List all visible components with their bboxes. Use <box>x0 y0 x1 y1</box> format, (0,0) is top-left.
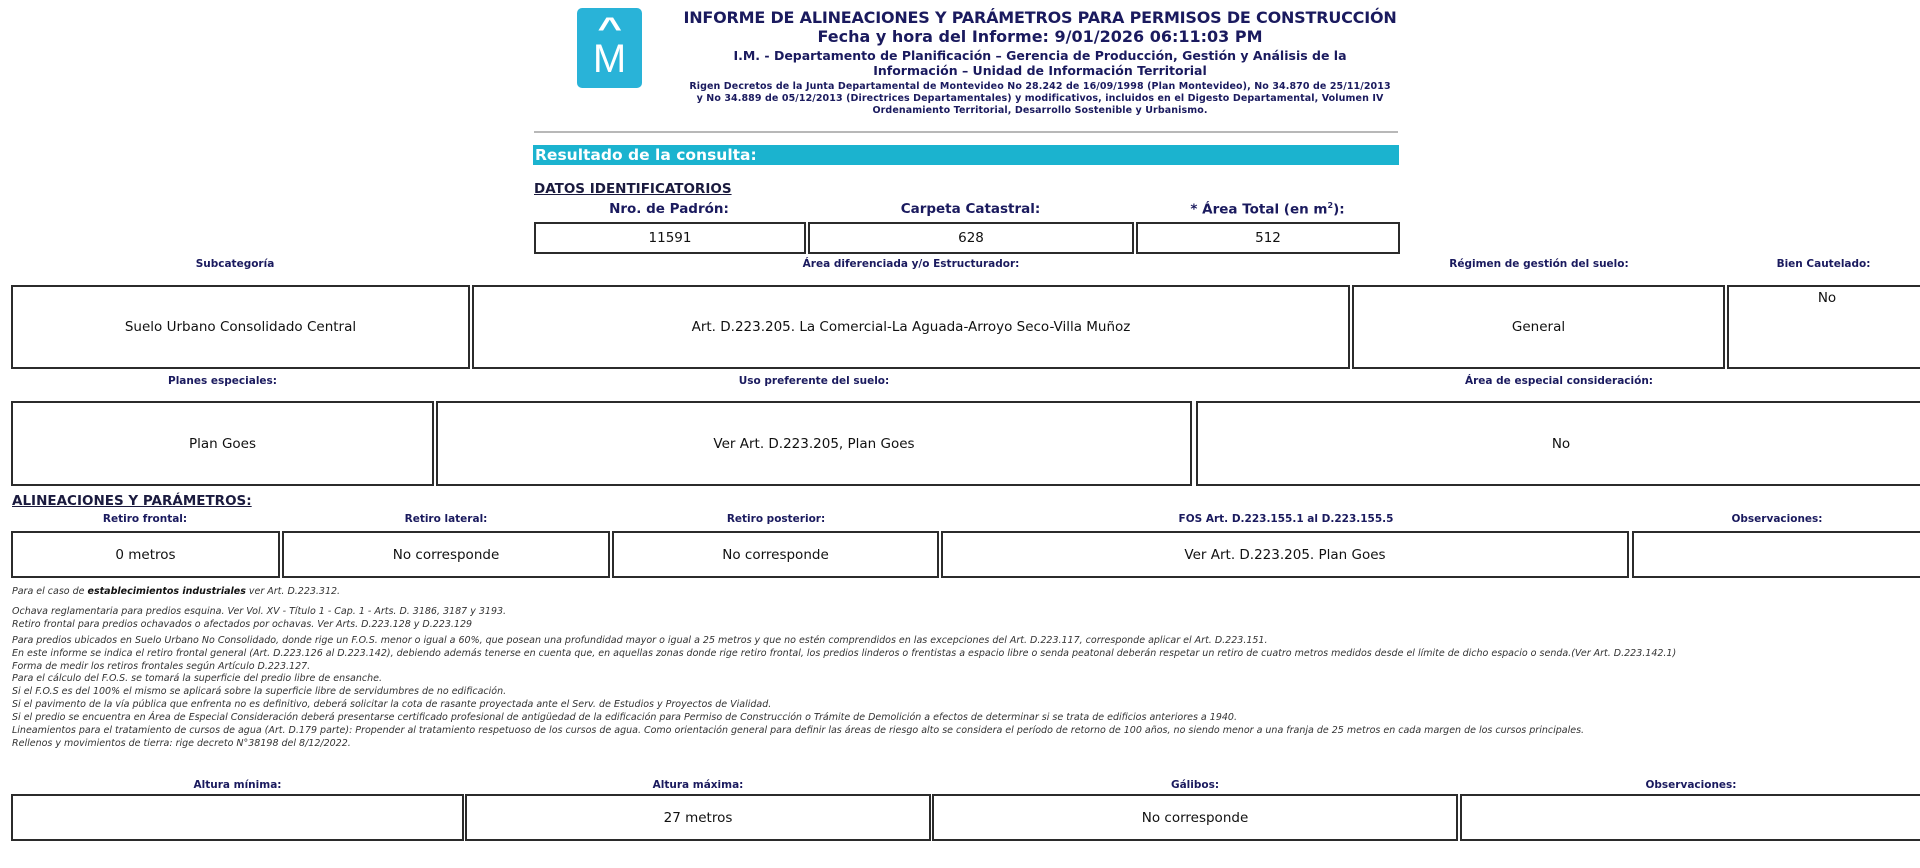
especial-consideracion-label: Área de especial consideración: <box>1194 375 1920 387</box>
observaciones-alturas-label: Observaciones: <box>1460 779 1920 791</box>
note-line: Forma de medir los retiros frontales seg… <box>12 661 1912 674</box>
note-industrial-bold: establecimientos industriales <box>88 586 246 597</box>
subcategoria-label: Subcategoría <box>10 258 460 270</box>
note-line: Lineamientos para el tratamiento de curs… <box>12 725 1912 738</box>
logo-letter: M <box>593 39 626 79</box>
altura-minima-label: Altura mínima: <box>10 779 465 791</box>
retiro-frontal-value: 0 metros <box>11 531 280 578</box>
report-department: I.M. - Departamento de Planificación – G… <box>720 48 1360 78</box>
area-diferenciada-value: Art. D.223.205. La Comercial-La Aguada-A… <box>472 285 1350 369</box>
note-line: Para predios ubicados en Suelo Urbano No… <box>12 635 1912 648</box>
padron-value: 11591 <box>534 222 806 254</box>
bien-cautelado-value: No <box>1727 285 1920 369</box>
padron-label: Nro. de Padrón: <box>534 201 804 217</box>
observaciones-alineaciones-value <box>1632 531 1920 578</box>
logo-caret-icon: ^ <box>597 21 622 37</box>
area-diferenciada-label: Área diferenciada y/o Estructurador: <box>472 258 1350 270</box>
retiro-lateral-value: No corresponde <box>282 531 610 578</box>
area-total-label: * Área Total (en m2): <box>1136 201 1399 218</box>
area-label-suffix: ): <box>1333 202 1345 218</box>
fos-label: FOS Art. D.223.155.1 al D.223.155.5 <box>942 513 1630 525</box>
regimen-value: General <box>1352 285 1725 369</box>
note-industrial-suffix: ver Art. D.223.312. <box>246 586 340 597</box>
retiro-posterior-value: No corresponde <box>612 531 939 578</box>
note-line: Si el pavimento de la vía pública que en… <box>12 699 1912 712</box>
intendencia-logo: ^ M <box>577 8 642 88</box>
area-total-value: 512 <box>1136 222 1400 254</box>
note-line: En este informe se indica el retiro fron… <box>12 648 1912 661</box>
note-line: Ochava reglamentaria para predios esquin… <box>12 606 1912 619</box>
carpeta-label: Carpeta Catastral: <box>807 201 1134 217</box>
note-industrial-prefix: Para el caso de <box>12 586 88 597</box>
result-banner: Resultado de la consulta: <box>533 145 1399 165</box>
report-title: INFORME DE ALINEACIONES Y PARÁMETROS PAR… <box>680 8 1400 27</box>
planes-especiales-label: Planes especiales: <box>10 375 435 387</box>
report-legal-basis: Rigen Decretos de la Junta Departamental… <box>686 81 1394 117</box>
retiro-frontal-label: Retiro frontal: <box>10 513 280 525</box>
regimen-label: Régimen de gestión del suelo: <box>1353 258 1725 270</box>
uso-preferente-label: Uso preferente del suelo: <box>436 375 1192 387</box>
retiro-posterior-label: Retiro posterior: <box>612 513 940 525</box>
identificatorios-title: DATOS IDENTIFICATORIOS <box>534 181 732 197</box>
observaciones-alturas-value <box>1460 794 1920 841</box>
bien-cautelado-label: Bien Cautelado: <box>1727 258 1920 270</box>
observaciones-alineaciones-label: Observaciones: <box>1632 513 1920 525</box>
note-line: Si el predio se encuentra en Área de Esp… <box>12 712 1912 725</box>
report-date: Fecha y hora del Informe: 9/01/2026 06:1… <box>680 27 1400 46</box>
note-industrial: Para el caso de establecimientos industr… <box>12 586 1912 599</box>
note-line: Rellenos y movimientos de tierra: rige d… <box>12 738 1912 751</box>
note-line: Si el F.O.S es del 100% el mismo se apli… <box>12 686 1912 699</box>
note-line: Retiro frontal para predios ochavados o … <box>12 619 1912 632</box>
retiro-lateral-label: Retiro lateral: <box>282 513 610 525</box>
alineaciones-title: ALINEACIONES Y PARÁMETROS: <box>12 493 252 509</box>
header-divider <box>534 131 1398 133</box>
especial-consideracion-value: No <box>1196 401 1920 486</box>
altura-maxima-value: 27 metros <box>465 794 931 841</box>
area-label-text: * Área Total (en m <box>1190 202 1327 218</box>
notes-block: Para el caso de establecimientos industr… <box>12 586 1912 751</box>
uso-preferente-value: Ver Art. D.223.205, Plan Goes <box>436 401 1192 486</box>
carpeta-value: 628 <box>808 222 1134 254</box>
altura-maxima-label: Altura máxima: <box>466 779 930 791</box>
galibos-label: Gálibos: <box>933 779 1457 791</box>
fos-value: Ver Art. D.223.205. Plan Goes <box>941 531 1629 578</box>
altura-minima-value <box>11 794 464 841</box>
subcategoria-value: Suelo Urbano Consolidado Central <box>11 285 470 369</box>
planes-especiales-value: Plan Goes <box>11 401 434 486</box>
galibos-value: No corresponde <box>932 794 1458 841</box>
note-line: Para el cálculo del F.O.S. se tomará la … <box>12 673 1912 686</box>
